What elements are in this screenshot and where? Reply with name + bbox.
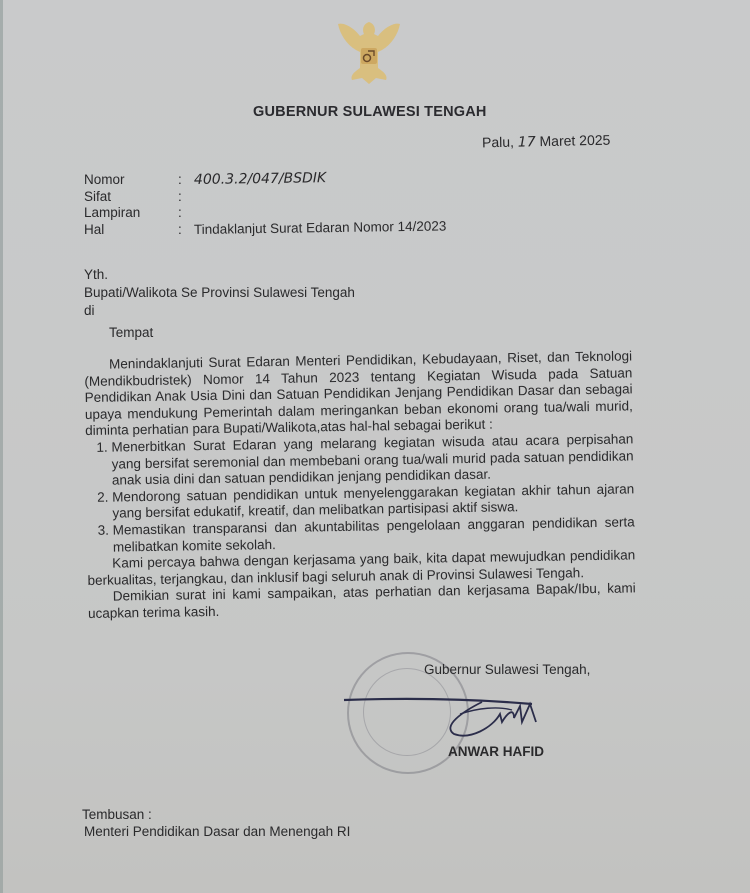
separator: : — [178, 189, 194, 206]
lampiran-label: Lampiran — [84, 205, 178, 222]
cc-label: Tembusan : — [82, 806, 350, 823]
salutation: Yth. — [84, 266, 355, 284]
points-list: Menerbitkan Surat Edaran yang melarang k… — [85, 431, 635, 556]
di: di — [84, 302, 355, 320]
nomor-label: Nomor — [84, 172, 178, 189]
separator: : — [178, 172, 194, 189]
separator: : — [178, 222, 194, 239]
signature-block: Gubernur Sulawesi Tengah, ANWAR HAFID — [342, 648, 642, 788]
hal-value: Tindaklanjut Surat Edaran Nomor 14/2023 — [194, 218, 447, 238]
meta-row-sifat: Sifat : — [84, 189, 446, 206]
recipient: Bupati/Walikota Se Provinsi Sulawesi Ten… — [84, 284, 355, 302]
addressee-block: Yth. Bupati/Walikota Se Provinsi Sulawes… — [84, 266, 355, 342]
handwritten-signature-icon — [342, 688, 562, 748]
recipient-place: Tempat — [84, 324, 355, 342]
day-handwritten: 17 — [518, 134, 536, 150]
place: Palu, — [482, 134, 514, 151]
letter-body: Menindaklanjuti Surat Edaran Menteri Pen… — [84, 348, 636, 622]
meta-row-hal: Hal : Tindaklanjut Surat Edaran Nomor 14… — [84, 222, 446, 239]
letterhead-title: GUBERNUR SULAWESI TENGAH — [253, 104, 487, 120]
sifat-label: Sifat — [84, 189, 178, 206]
separator: : — [178, 205, 194, 222]
letter-meta: Nomor : 400.3.2/047/BSDIK Sifat : Lampir… — [84, 172, 446, 238]
place-date: Palu, 17 Maret 2025 — [482, 132, 611, 152]
list-item: Menerbitkan Surat Edaran yang melarang k… — [111, 431, 634, 489]
intro-paragraph: Menindaklanjuti Surat Edaran Menteri Pen… — [84, 348, 633, 440]
hal-label: Hal — [84, 222, 178, 239]
cc-item: Menteri Pendidikan Dasar dan Menengah RI — [82, 823, 350, 840]
meta-row-nomor: Nomor : 400.3.2/047/BSDIK — [84, 172, 446, 189]
nomor-value: 400.3.2/047/BSDIK — [194, 170, 326, 188]
month-year: Maret 2025 — [539, 132, 610, 149]
signatory-title: Gubernur Sulawesi Tengah, — [424, 662, 590, 677]
cc-block: Tembusan : Menteri Pendidikan Dasar dan … — [82, 806, 350, 840]
signatory-name: ANWAR HAFID — [448, 744, 544, 759]
letter-page: GUBERNUR SULAWESI TENGAH Palu, 17 Maret … — [0, 0, 750, 893]
garuda-emblem-icon — [330, 18, 408, 90]
